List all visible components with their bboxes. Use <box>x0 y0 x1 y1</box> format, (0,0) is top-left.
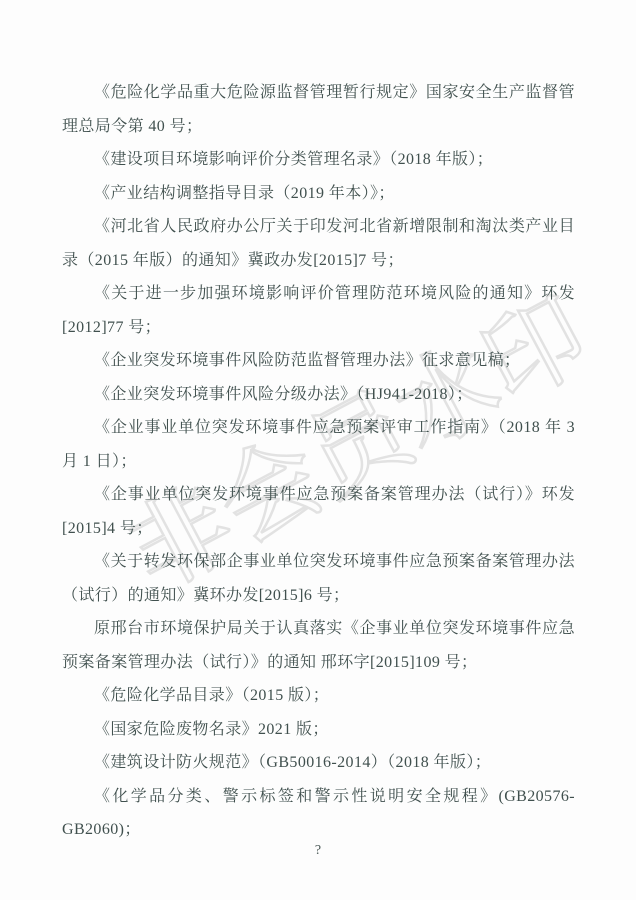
paragraph: 《建筑设计防火规范》（GB50016-2014）（2018 年版）； <box>62 746 575 780</box>
paragraph: 《企业事业单位突发环境事件应急预案评审工作指南》（2018 年 3 月 1 日）… <box>62 411 575 478</box>
paragraph: 《产业结构调整指导目录（2019 年本）》； <box>62 177 575 211</box>
paragraph: 《危险化学品目录》（2015 版）； <box>62 679 575 713</box>
page-number: ? <box>0 843 636 859</box>
document-page: 非会员水印 《危险化学品重大危险源监督管理暂行规定》国家安全生产监督管理总局令第… <box>0 0 636 900</box>
paragraph: 《化学品分类、警示标签和警示性说明安全规程》(GB20576-GB2060)； <box>62 780 575 847</box>
paragraph: 《企业突发环境事件风险防范监督管理办法》征求意见稿； <box>62 344 575 378</box>
paragraph: 《企事业单位突发环境事件应急预案备案管理办法（试行）》环发[2015]4 号； <box>62 478 575 545</box>
paragraph: 《关于转发环保部企事业单位突发环境事件应急预案备案管理办法（试行）的通知》冀环办… <box>62 545 575 612</box>
paragraph: 《河北省人民政府办公厅关于印发河北省新增限制和淘汰类产业目录（2015 年版）的… <box>62 210 575 277</box>
paragraph: 《国家危险废物名录》2021 版； <box>62 713 575 747</box>
reference-list: 《危险化学品重大危险源监督管理暂行规定》国家安全生产监督管理总局令第 40 号；… <box>62 76 575 847</box>
paragraph: 《危险化学品重大危险源监督管理暂行规定》国家安全生产监督管理总局令第 40 号； <box>62 76 575 143</box>
paragraph: 《企业突发环境事件风险分级办法》（HJ941-2018）； <box>62 378 575 412</box>
paragraph: 原邢台市环境保护局关于认真落实《企事业单位突发环境事件应急预案备案管理办法（试行… <box>62 612 575 679</box>
paragraph: 《建设项目环境影响评价分类管理名录》（2018 年版）； <box>62 143 575 177</box>
paragraph: 《关于进一步加强环境影响评价管理防范环境风险的通知》环发[2012]77 号； <box>62 277 575 344</box>
